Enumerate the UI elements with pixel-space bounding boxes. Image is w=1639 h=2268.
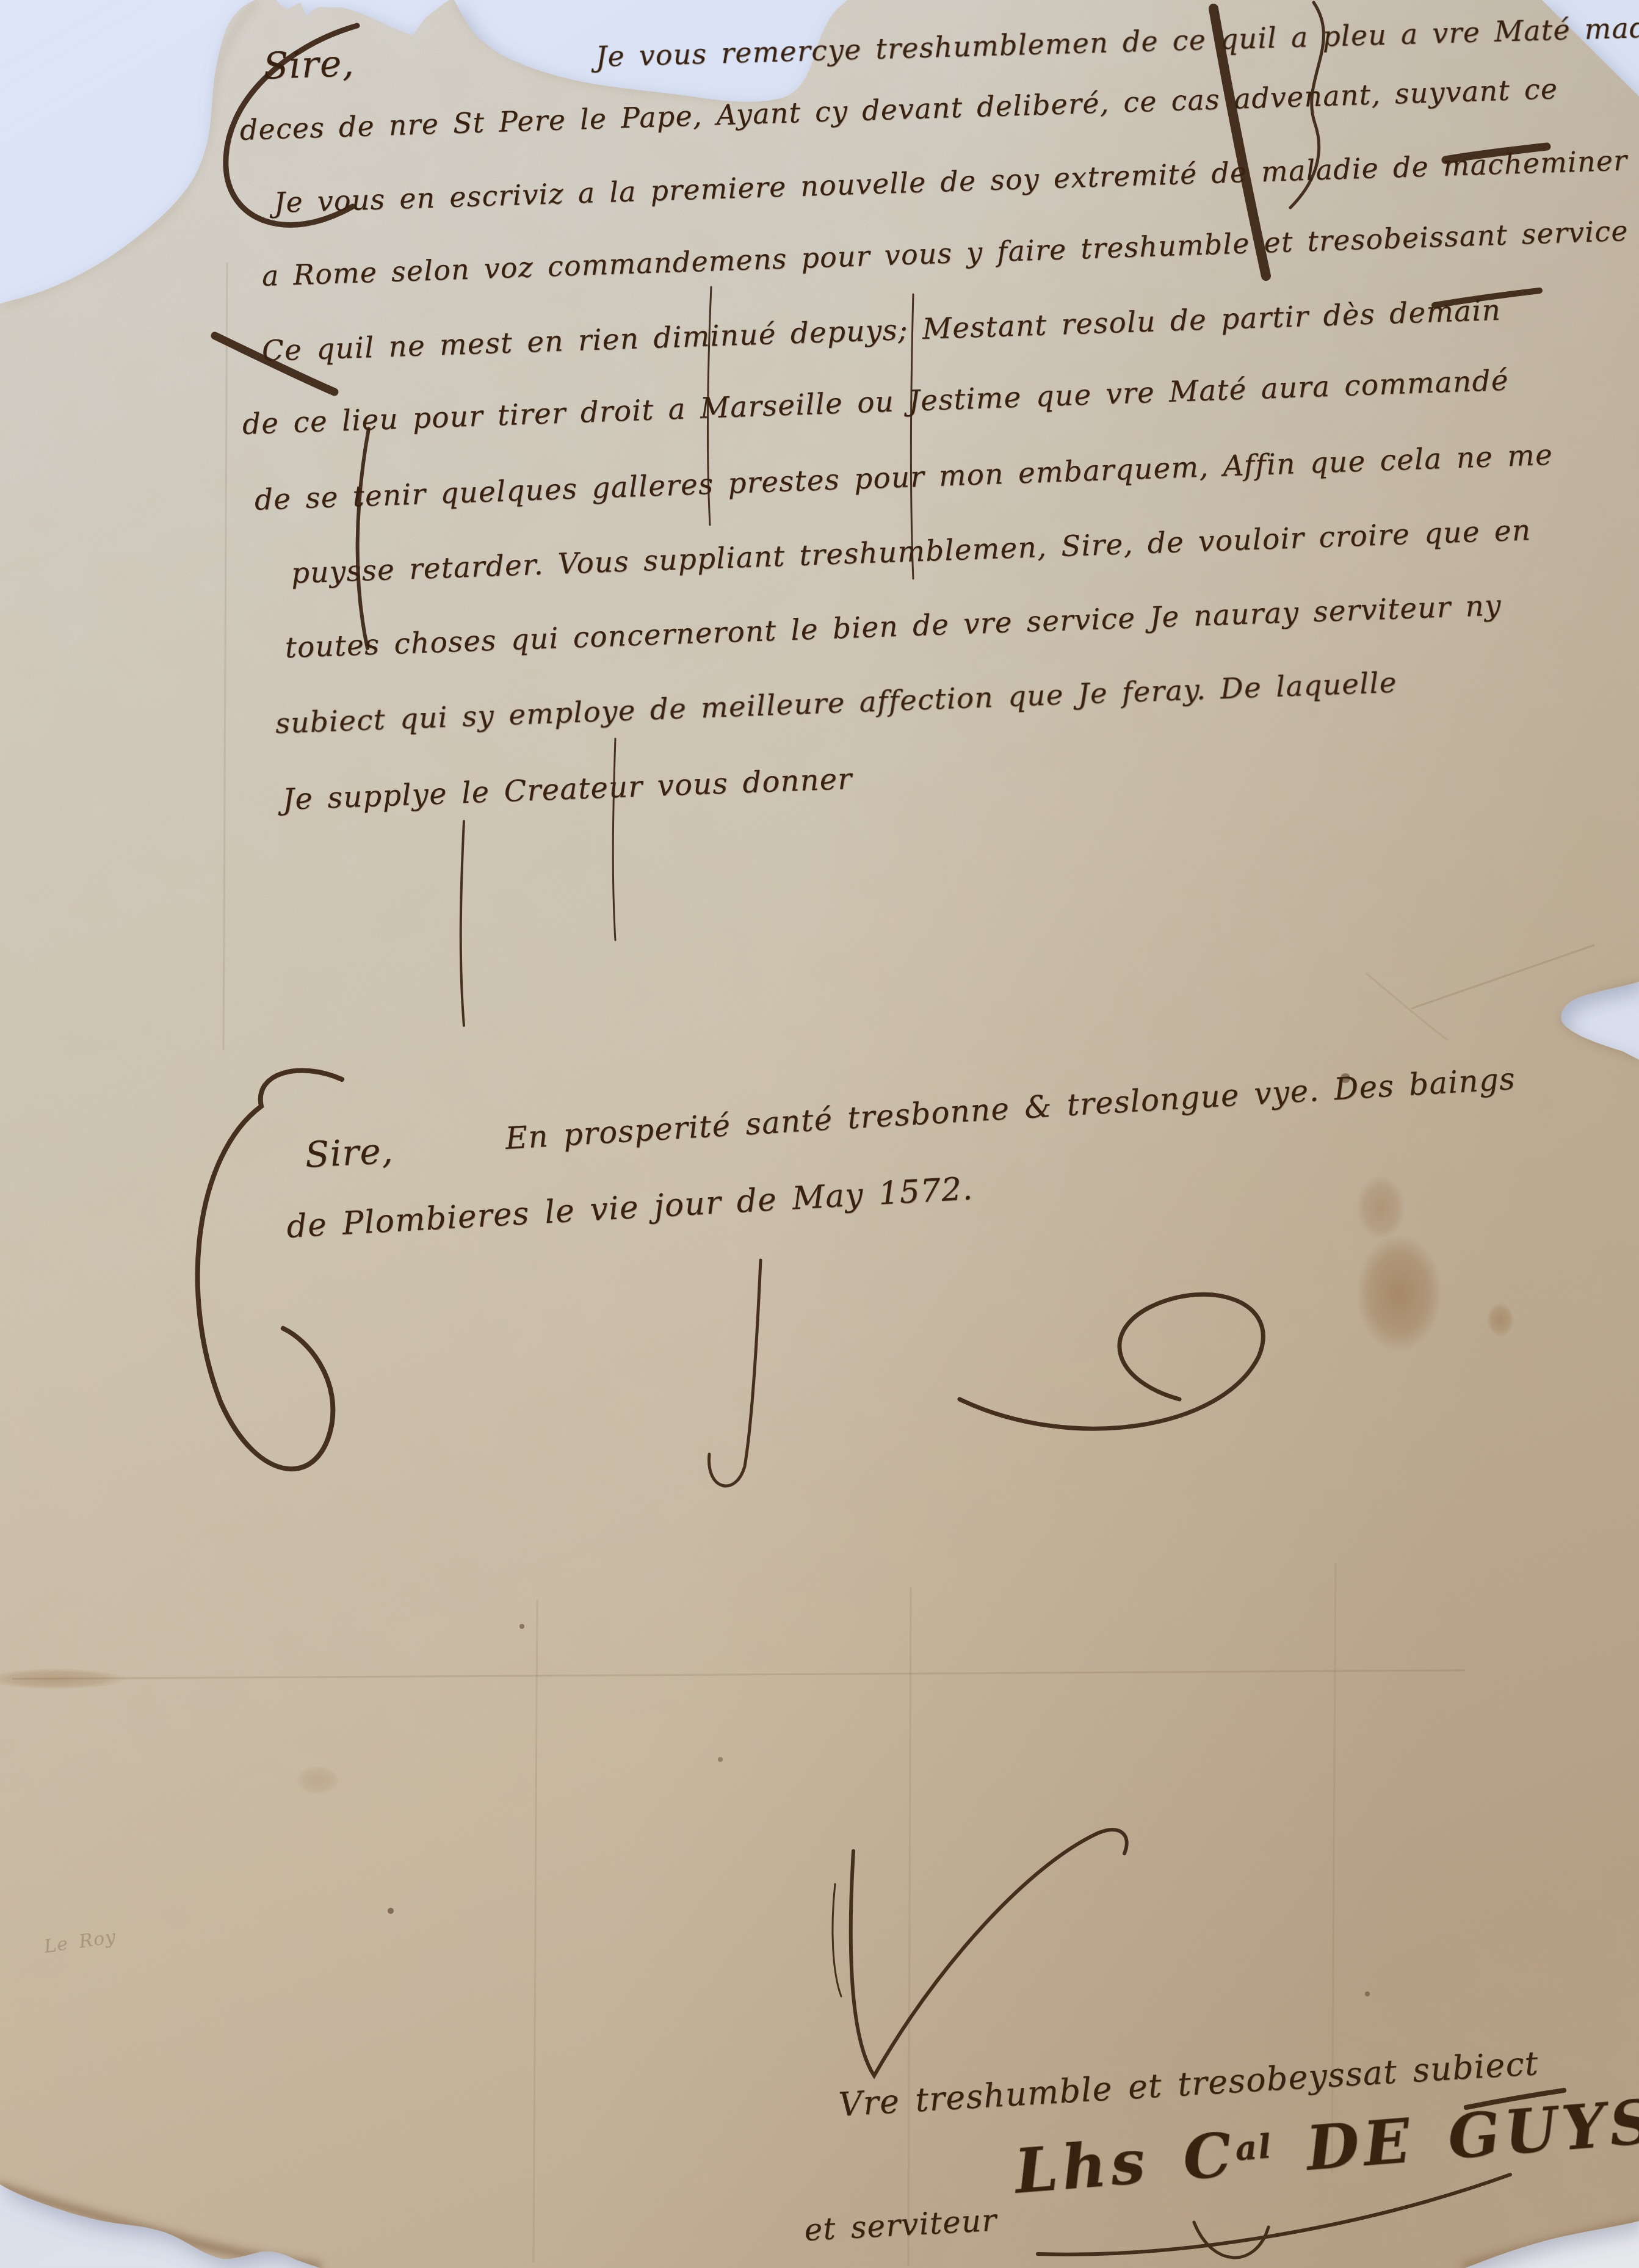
dateline-salutation: Sire, <box>304 1129 394 1175</box>
signature-superscript: al <box>1234 2126 1273 2168</box>
body-salutation: Sire, <box>262 42 355 88</box>
photo-of-manuscript: Sire, Je vous remercye treshumblemen de … <box>0 0 1639 2268</box>
